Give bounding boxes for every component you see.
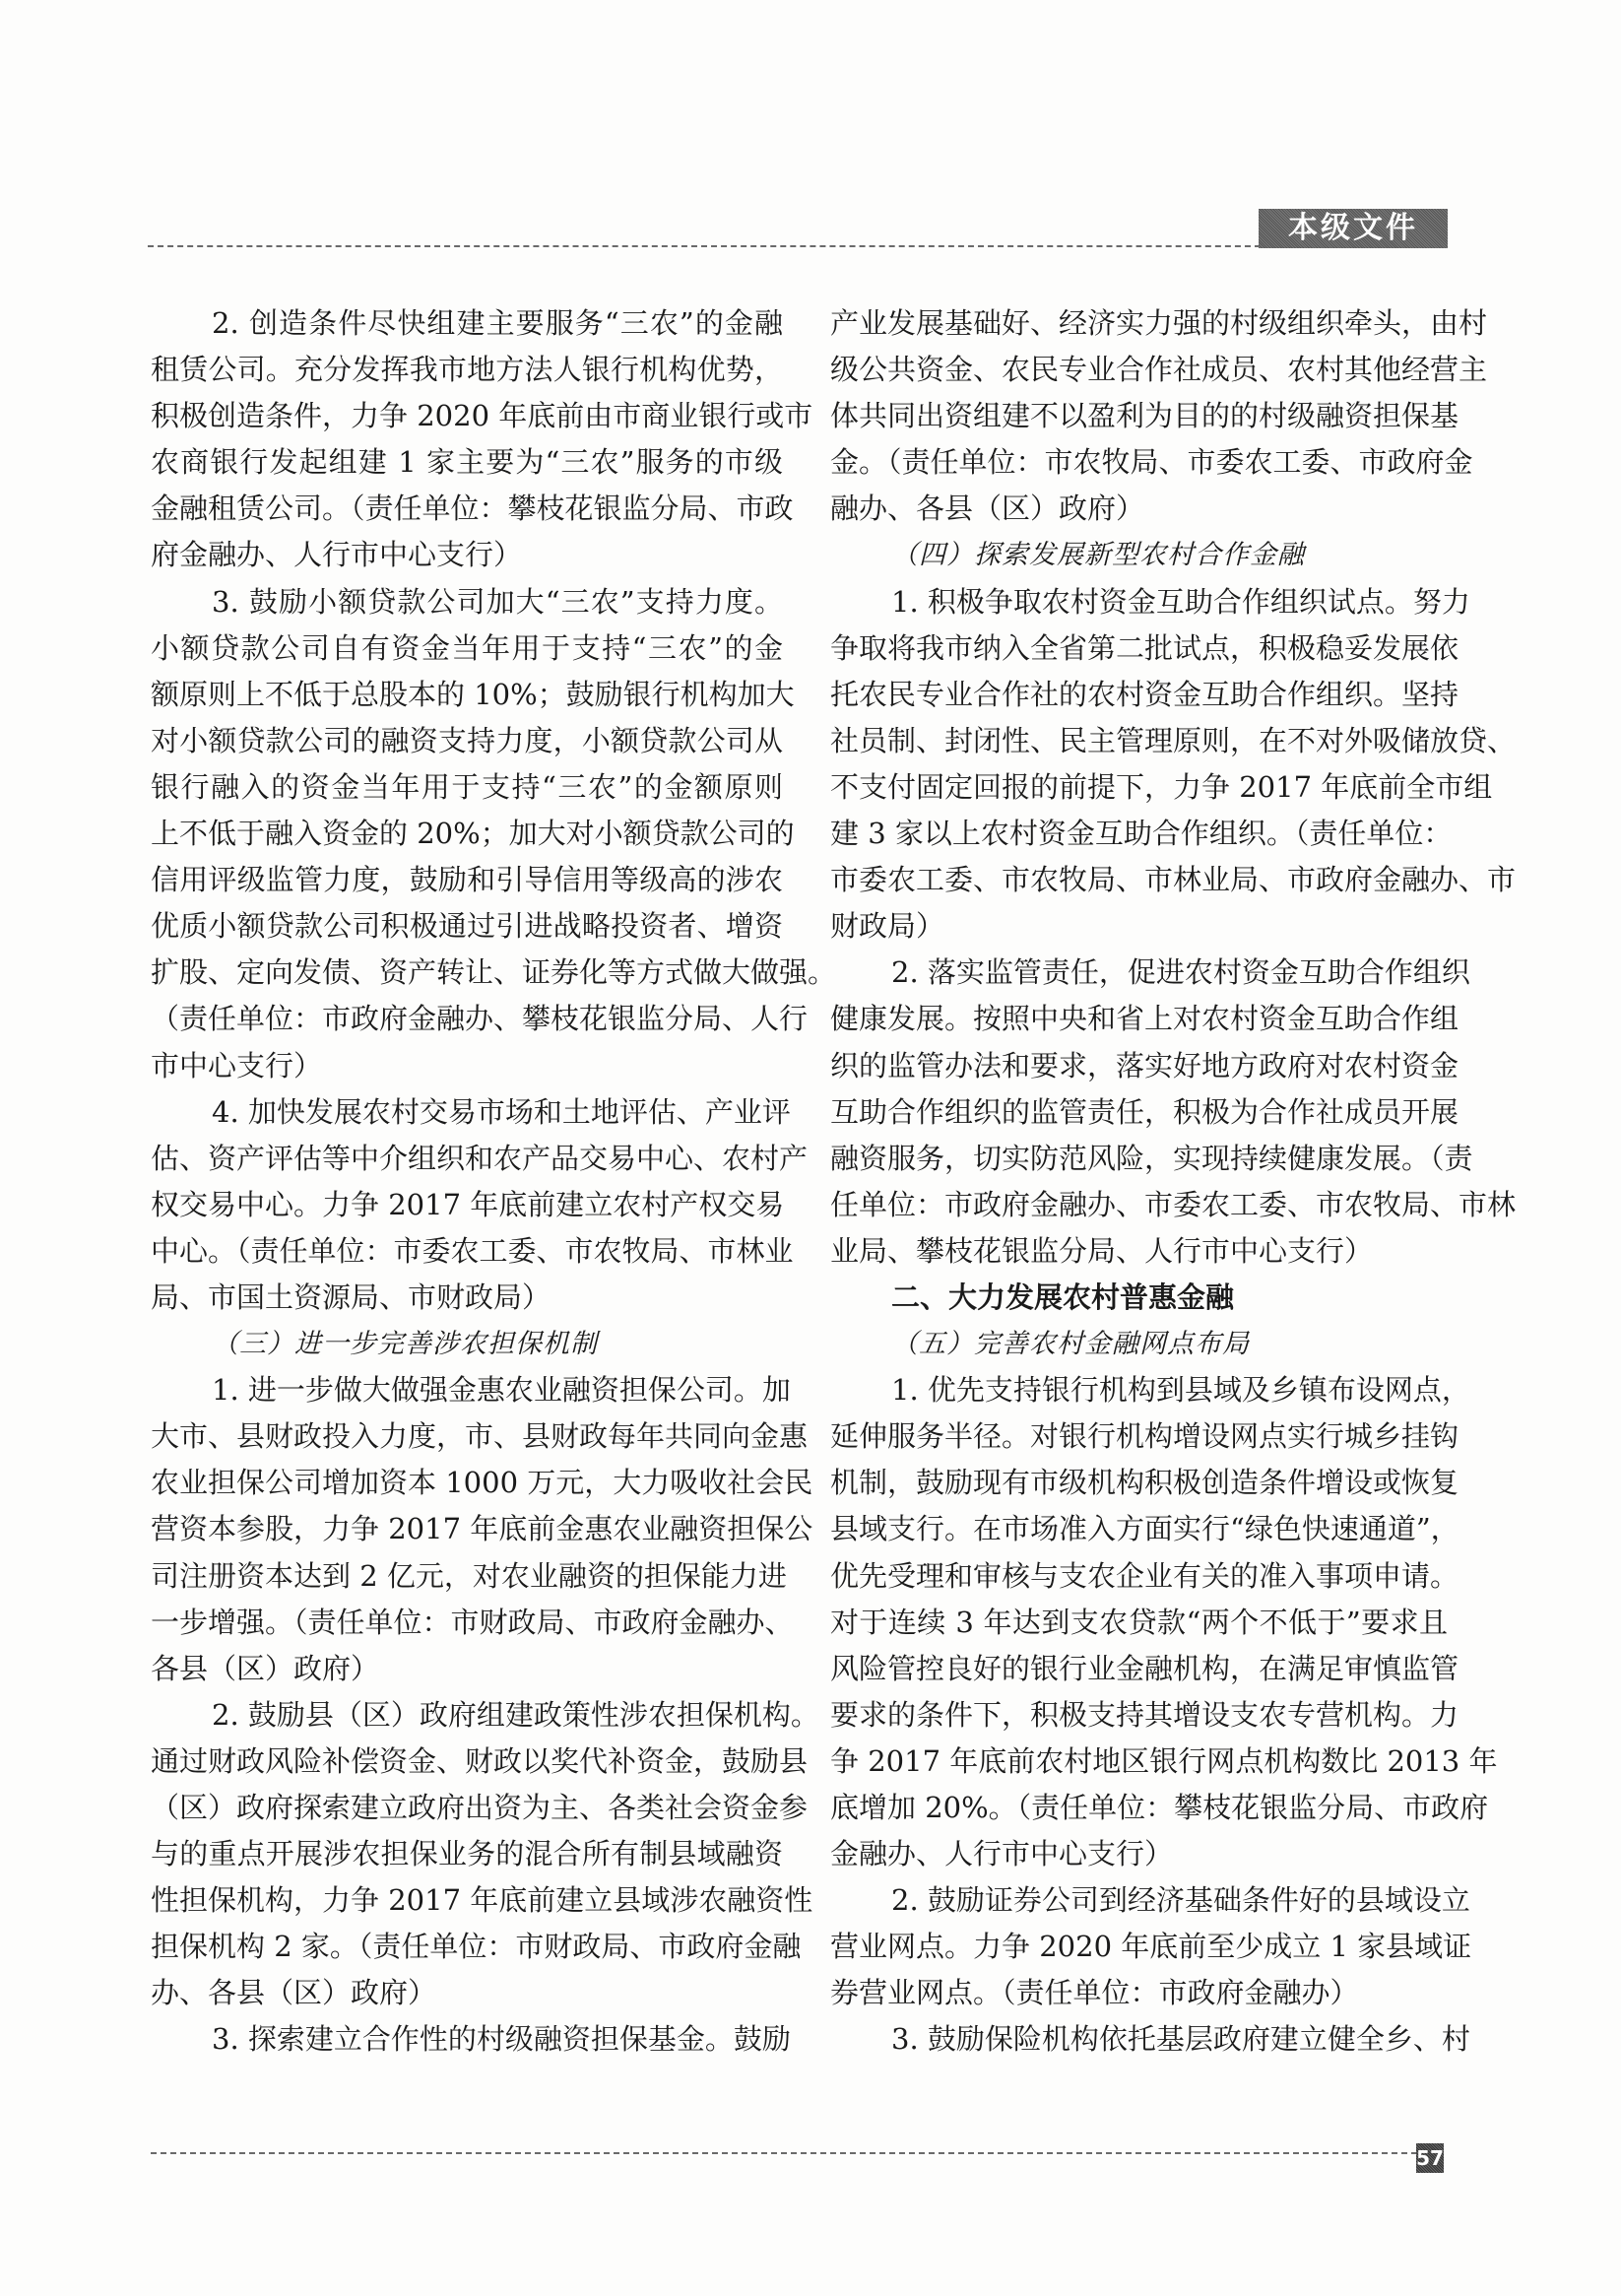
text-line: 融资服务，切实防范风险，实现持续健康发展。（责 — [830, 1136, 1448, 1182]
text-line: 融办、各县（区）政府） — [830, 486, 1448, 532]
section-label: 本级文件 — [1259, 209, 1448, 248]
paragraph-first-line: 1. 积极争取农村资金互助合作组织试点。努力 — [830, 579, 1448, 625]
text-line: 产业发展基础好、经济实力强的村级组织牵头，由村 — [830, 300, 1448, 347]
text-line: 担保机构 2 家。（责任单位：市财政局、市政府金融 — [151, 1924, 783, 1970]
text-line: 延伸服务半径。对银行机构增设网点实行城乡挂钩 — [830, 1413, 1448, 1460]
text-line: 中心。（责任单位：市委农工委、市农牧局、市林业 — [151, 1228, 783, 1275]
paragraph-first-line: 3. 探索建立合作性的村级融资担保基金。鼓励 — [151, 2016, 783, 2063]
text-line: 级公共资金、农民专业合作社成员、农村其他经营主 — [830, 347, 1448, 393]
text-line: 积极创造条件，力争 2020 年底前由市商业银行或市 — [151, 393, 783, 439]
text-line: 通过财政风险补偿资金、财政以奖代补资金，鼓励县 — [151, 1738, 783, 1785]
text-line: 对于连续 3 年达到支农贷款“两个不低于”要求且 — [830, 1600, 1448, 1646]
text-line: 券营业网点。（责任单位：市政府金融办） — [830, 1970, 1448, 2016]
text-line: 市中心支行） — [151, 1043, 783, 1089]
text-line: 信用评级监管力度，鼓励和引导信用等级高的涉农 — [151, 857, 783, 903]
text-line: 业局、攀枝花银监分局、人行市中心支行） — [830, 1228, 1448, 1275]
text-line: 上不低于融入资金的 20%；加大对小额贷款公司的 — [151, 811, 783, 857]
paragraph-first-line: 1. 优先支持银行机构到县域及乡镇布设网点， — [830, 1367, 1448, 1413]
left-text-column: 2. 创造条件尽快组建主要服务“三农”的金融租赁公司。充分发挥我市地方法人银行机… — [151, 300, 783, 2064]
text-line: 办、各县（区）政府） — [151, 1970, 783, 2016]
text-line: 要求的条件下，积极支持其增设支农专营机构。力 — [830, 1692, 1448, 1738]
text-line: 银行融入的资金当年用于支持“三农”的金额原则 — [151, 764, 783, 811]
section-heading: 二、大力发展农村普惠金融 — [830, 1275, 1448, 1321]
right-text-column: 产业发展基础好、经济实力强的村级组织牵头，由村级公共资金、农民专业合作社成员、农… — [830, 300, 1448, 2064]
text-line: 营业网点。力争 2020 年底前至少成立 1 家县域证 — [830, 1924, 1448, 1970]
text-line: （区）政府探索建立政府出资为主、各类社会资金参 — [151, 1785, 783, 1831]
text-line: 金融租赁公司。（责任单位：攀枝花银监分局、市政 — [151, 486, 783, 532]
footer-rule — [151, 2152, 1417, 2154]
text-line: 不支付固定回报的前提下，力争 2017 年底前全市组 — [830, 764, 1448, 811]
text-line: 农商银行发起组建 1 家主要为“三农”服务的市级 — [151, 439, 783, 486]
text-line: 额原则上不低于总股本的 10%；鼓励银行机构加大 — [151, 672, 783, 718]
paragraph-first-line: 2. 落实监管责任，促进农村资金互助合作组织 — [830, 950, 1448, 996]
text-line: （责任单位：市政府金融办、攀枝花银监分局、人行 — [151, 996, 783, 1042]
text-line: 营资本参股，力争 2017 年底前金惠农业融资担保公 — [151, 1506, 783, 1552]
text-line: 各县（区）政府） — [151, 1646, 783, 1692]
text-line: 权交易中心。力争 2017 年底前建立农村产权交易 — [151, 1182, 783, 1228]
text-line: 司注册资本达到 2 亿元，对农业融资的担保能力进 — [151, 1553, 783, 1600]
text-line: 对小额贷款公司的融资支持力度，小额贷款公司从 — [151, 718, 783, 764]
paragraph-first-line: 4. 加快发展农村交易市场和土地评估、产业评 — [151, 1089, 783, 1136]
text-line: 建 3 家以上农村资金互助合作组织。（责任单位： — [830, 811, 1448, 857]
page-number: 57 — [1416, 2143, 1444, 2173]
text-line: 风险管控良好的银行业金融机构，在满足审慎监管 — [830, 1646, 1448, 1692]
subsection-heading: （三）进一步完善涉农担保机制 — [151, 1321, 783, 1367]
text-line: 小额贷款公司自有资金当年用于支持“三农”的金 — [151, 625, 783, 672]
text-line: 府金融办、人行市中心支行） — [151, 532, 783, 578]
paragraph-first-line: 2. 鼓励证券公司到经济基础条件好的县域设立 — [830, 1877, 1448, 1924]
text-line: 织的监管办法和要求，落实好地方政府对农村资金 — [830, 1043, 1448, 1089]
text-line: 市委农工委、市农牧局、市林业局、市政府金融办、市 — [830, 857, 1448, 903]
text-line: 一步增强。（责任单位：市财政局、市政府金融办、 — [151, 1600, 783, 1646]
text-line: 底增加 20%。（责任单位：攀枝花银监分局、市政府 — [830, 1785, 1448, 1831]
text-line: 估、资产评估等中介组织和农产品交易中心、农村产 — [151, 1136, 783, 1182]
text-line: 与的重点开展涉农担保业务的混合所有制县域融资 — [151, 1831, 783, 1877]
text-line: 争 2017 年底前农村地区银行网点机构数比 2013 年 — [830, 1738, 1448, 1785]
header-rule — [148, 245, 1261, 247]
text-line: 互助合作组织的监管责任，积极为合作社成员开展 — [830, 1089, 1448, 1136]
document-page: 本级文件 2. 创造条件尽快组建主要服务“三农”的金融租赁公司。充分发挥我市地方… — [0, 0, 1621, 2296]
paragraph-first-line: 3. 鼓励小额贷款公司加大“三农”支持力度。 — [151, 579, 783, 625]
text-line: 租赁公司。充分发挥我市地方法人银行机构优势， — [151, 347, 783, 393]
text-line: 扩股、定向发债、资产转让、证券化等方式做大做强。 — [151, 950, 783, 996]
paragraph-first-line: 1. 进一步做大做强金惠农业融资担保公司。加 — [151, 1367, 783, 1413]
subsection-heading: （四）探索发展新型农村合作金融 — [830, 532, 1448, 578]
text-line: 优先受理和审核与支农企业有关的准入事项申请。 — [830, 1553, 1448, 1600]
text-line: 争取将我市纳入全省第二批试点，积极稳妥发展依 — [830, 625, 1448, 672]
text-line: 体共同出资组建不以盈利为目的的村级融资担保基 — [830, 393, 1448, 439]
paragraph-first-line: 2. 鼓励县（区）政府组建政策性涉农担保机构。 — [151, 1692, 783, 1738]
text-line: 县域支行。在市场准入方面实行“绿色快速通道”， — [830, 1506, 1448, 1552]
text-line: 性担保机构，力争 2017 年底前建立县域涉农融资性 — [151, 1877, 783, 1924]
text-line: 金融办、人行市中心支行） — [830, 1831, 1448, 1877]
text-line: 托农民专业合作社的农村资金互助合作组织。坚持 — [830, 672, 1448, 718]
paragraph-first-line: 3. 鼓励保险机构依托基层政府建立健全乡、村 — [830, 2016, 1448, 2063]
text-line: 局、市国土资源局、市财政局） — [151, 1275, 783, 1321]
text-line: 优质小额贷款公司积极通过引进战略投资者、增资 — [151, 903, 783, 950]
text-line: 健康发展。按照中央和省上对农村资金互助合作组 — [830, 996, 1448, 1042]
text-line: 财政局） — [830, 903, 1448, 950]
text-line: 农业担保公司增加资本 1000 万元，大力吸收社会民 — [151, 1460, 783, 1506]
text-line: 机制，鼓励现有市级机构积极创造条件增设或恢复 — [830, 1460, 1448, 1506]
text-line: 任单位：市政府金融办、市委农工委、市农牧局、市林 — [830, 1182, 1448, 1228]
subsection-heading: （五）完善农村金融网点布局 — [830, 1321, 1448, 1367]
text-line: 金。（责任单位：市农牧局、市委农工委、市政府金 — [830, 439, 1448, 486]
paragraph-first-line: 2. 创造条件尽快组建主要服务“三农”的金融 — [151, 300, 783, 347]
text-line: 大市、县财政投入力度，市、县财政每年共同向金惠 — [151, 1413, 783, 1460]
text-line: 社员制、封闭性、民主管理原则，在不对外吸储放贷、 — [830, 718, 1448, 764]
